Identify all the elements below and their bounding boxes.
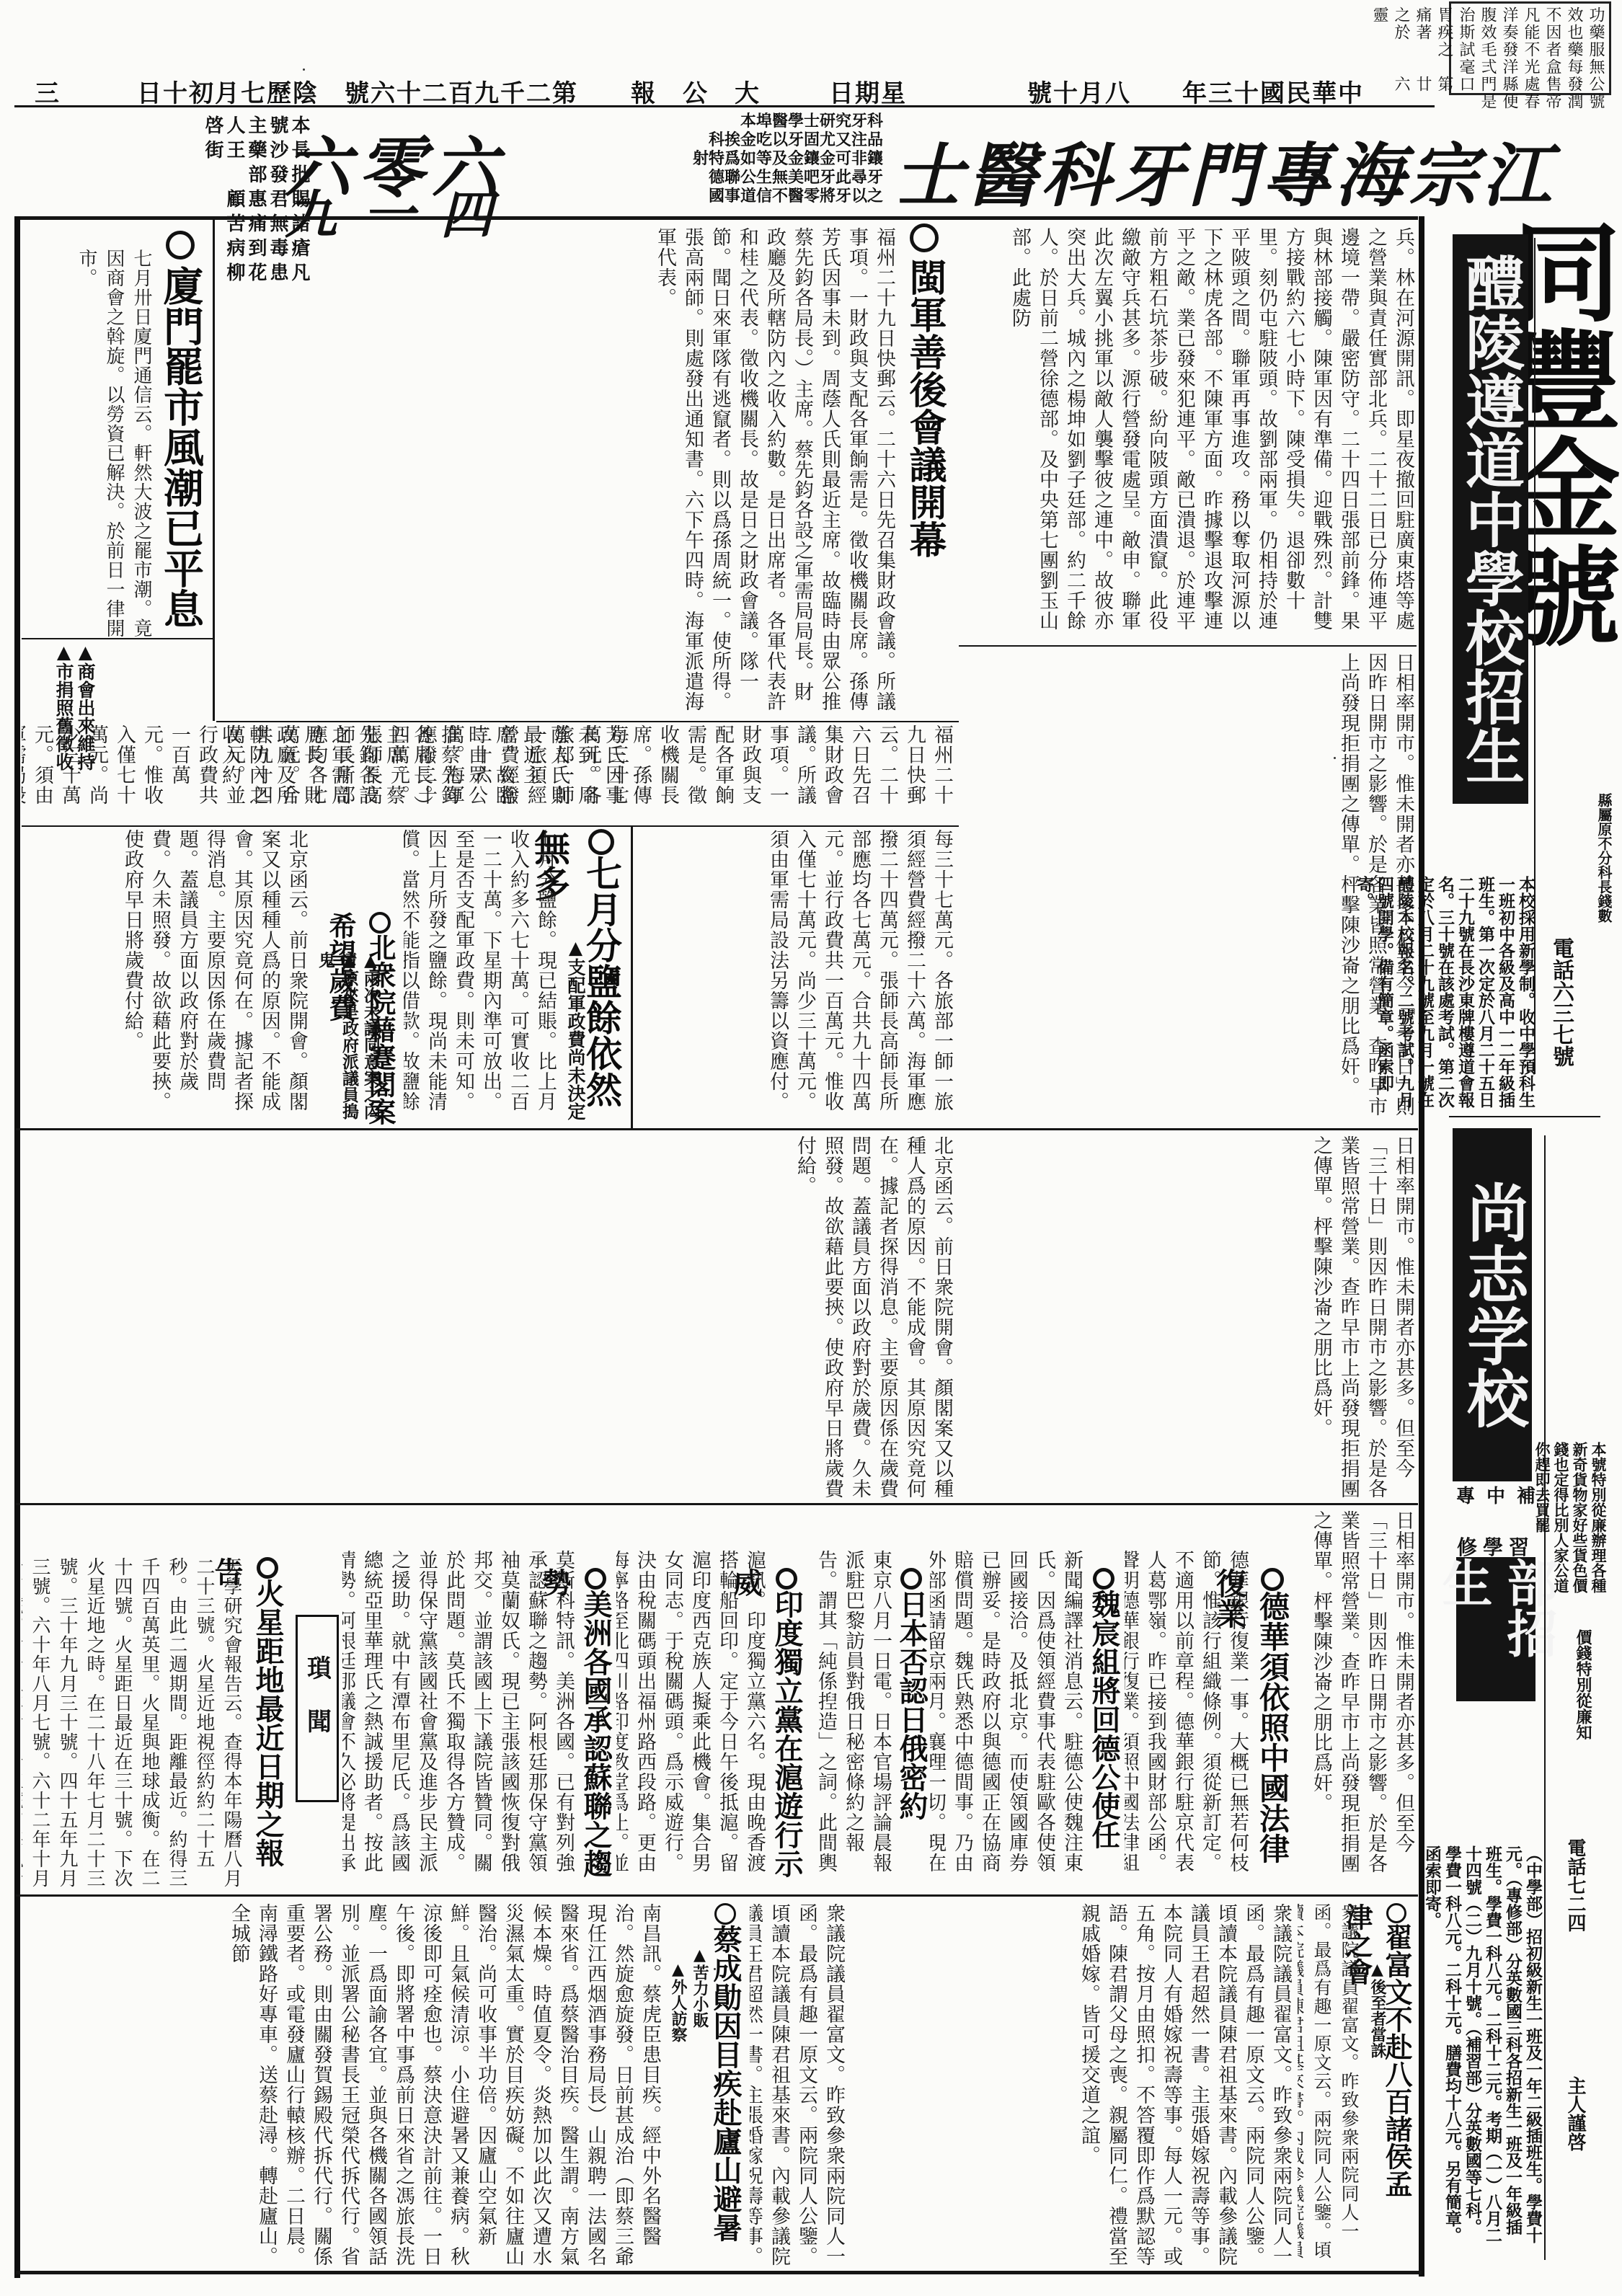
headline-circle-icon <box>910 223 939 252</box>
salt-body: 七月分鹽餘。現已結賬。比上月收入約多六七十萬。可實收二百一二十萬。下星期內準可放… <box>404 829 559 1125</box>
headline-circle-icon <box>1093 1568 1114 1590</box>
school2-frame <box>1544 1135 1546 2260</box>
dentist-line: 本埠醫學士研究牙科 <box>461 112 883 131</box>
pharmacy-notice: 本號主人啓 長沙藥王街 批發部 賜君惠顧 諸無痛苦 瘡毒到病 凡患花柳 <box>50 115 310 209</box>
pharmacy-line: 批發部 <box>50 164 310 183</box>
zhai-body-b: 衆議院議員翟富文。昨致參衆兩院同人一函。最爲有趣一原文云。兩院同人公鑒。頃讀本院… <box>851 1903 1294 2267</box>
zhai-body-c: 衆議院議員翟富文。昨致參衆兩院同人一函。最爲有趣一原文云。兩院同人公鑒。頃讀本院… <box>750 1903 847 2267</box>
headline-circle-icon <box>1261 1568 1284 1591</box>
corner-line: 公發售處縣門口第廿六 <box>1454 76 1606 92</box>
school2-name: 尚志学校 <box>1453 1181 1532 1429</box>
side-ad-text: 本號特別從廉辦理各種新奇貨物家好些貨色價錢也定得比別人家公道你趕即去買罷 <box>1550 1442 1608 1608</box>
house-sub-2: ▲原來是政府派議員搗鬼 <box>314 952 361 1125</box>
print-speck <box>303 68 305 71</box>
print-speck <box>714 1968 716 1970</box>
corner-line: 藥也 因能奏效斯疾著於 <box>1454 24 1606 40</box>
america-headline: 美洲各國承認蘇聯之趨勢 <box>580 1568 616 1878</box>
right-column-border <box>1419 216 1424 2277</box>
school1-phone: 電話六三七號 <box>1550 937 1572 1103</box>
print-speck <box>937 166 939 168</box>
salt-sub: ▲支配軍政費尚未決定 <box>562 937 588 1125</box>
headline-circle-icon <box>776 1568 797 1590</box>
school1-name: 醴陵遵道中學校招生 <box>1455 253 1527 785</box>
pharmacy-line: 長沙藥王街 <box>50 140 310 159</box>
dentist-line: 科挨金吃以牙固尤又注品 <box>461 131 883 150</box>
fujian-intro: 兵。林在河源開訊。即星夜撤回駐廣東塔等處之營業與責任實部北兵。二十二日已分佈連平… <box>959 227 1417 642</box>
school2-name-block: 尚志学校 <box>1453 1128 1532 1481</box>
corner-notice: 功效不凡洋腹治胃痛之靈 藥也 因能奏效斯疾著於 服藥者不發毛試之 無每盒光洋弍毫… <box>1449 1 1611 95</box>
row1-rule-right <box>959 645 1417 647</box>
zhai-sub: ▲後至者當誅 <box>1366 1961 1388 2105</box>
dentist-line: 德聯公生無美吧牙此尋牙 <box>461 169 883 187</box>
misc-news-label: 瑣聞 <box>300 1655 335 1762</box>
issue-number: 第二千九百二十六號 <box>345 74 578 109</box>
wei-body: 新聞編譯社消息云。駐德公使魏注東氏。因爲使領經費事代表駐歐各使領回國接洽。及抵北… <box>930 1550 1085 1889</box>
america-body: 莫斯科特訊。美洲各國。已有對列強承認蘇聯之趨勢。阿根廷那保守黨領袖莫蘭奴氏。現已… <box>342 1550 577 1889</box>
date: 八月十號 <box>1027 74 1131 109</box>
dentist-body: 本埠醫學士研究牙科 科挨金吃以牙固尤又注品 射特爲如等及金鑲金可非鑲 德聯公生無… <box>461 112 883 206</box>
misc-news-box: 瑣聞 <box>296 1615 339 1802</box>
fujian-body: 福州二十九日快郵云。二十六日先召集財政會議。所議事項。一財政與支配各軍餉需是。徵… <box>216 227 898 717</box>
school2-recruit-block: 部招生 <box>1456 1557 1535 1701</box>
school1-small-note: 縣屬原不分科長錢數 <box>1593 793 1615 980</box>
german-body: 德華銀行復業一事。大概已無若何枝節。惟該行組織條例。須從新訂定。不適用以前章程。… <box>1125 1550 1251 1889</box>
lunar-date: 陰歷七月初十日 <box>137 74 319 109</box>
paper-name: 大公報 <box>631 74 786 109</box>
left-border <box>14 216 20 2278</box>
zhai-headline: 翟富文不赴八百諸侯孟津之會 <box>1384 1903 1417 2213</box>
headline-circle-icon <box>166 231 195 260</box>
school2-recruit: 部招生 <box>1431 1557 1561 1701</box>
salt-headline: 七月分鹽餘依然無多 <box>584 829 627 1132</box>
corner-line: 號潤帝春便是 <box>1454 93 1606 109</box>
house-body: 北京函云。前日衆院開會。顏閣案又以種種人爲的原因。不能成會。其原因究竟何在。據記… <box>22 829 310 1125</box>
amoy-sub-rule <box>22 638 213 639</box>
amoy-body-mid: 每三十七萬元。各旅部一師一旅須經營費經撥二十六萬。海軍應撥二十四萬元。張師長高師… <box>634 829 955 1125</box>
german-lead: 日相率開市。惟未開者亦甚多。但至今「三十日」則因昨日開市之影響。於是各業皆照常營… <box>1298 1510 1417 1889</box>
cai-sub-1: ▲苦力小販 <box>688 1946 711 2091</box>
page-number: 三 <box>35 74 61 109</box>
fujian-headline: 閩軍善後會議開幕 <box>901 223 952 728</box>
row1-rule-mid <box>216 721 959 722</box>
row3-body-a: 日相率開市。惟未開者亦甚多。但至今「三十日」則因昨日開市之影響。於是各業皆照常營… <box>959 1135 1417 1499</box>
city-strike-body: 日相率開市。惟未開者亦甚多。但至今「三十日」則因昨日開市之影響。於是各業皆照常營… <box>959 652 1417 1125</box>
japan-headline: 日本否認日俄密約 <box>898 1568 932 1842</box>
amoy-divider <box>213 220 215 721</box>
masthead-rule <box>14 105 1435 107</box>
japan-body: 東京八月一日電。日本官場評論晨報派駐巴黎訪員對俄日秘密條約之報告。謂其「純係揑造… <box>811 1550 894 1889</box>
headline-circle-icon <box>585 1568 606 1590</box>
pharmacy-line: 賜君惠顧 <box>50 189 310 208</box>
german-headline: 德華須依照中國法律復業 <box>1254 1568 1294 1892</box>
dentist-name: 江宗海專門牙科醫士 <box>894 121 1556 220</box>
corner-line: 無每盒光洋弍毫 <box>1454 58 1606 74</box>
amoy-headline: 廈門罷市風潮已平息 <box>159 231 209 634</box>
fujian-continuation: 福州二十九日快郵云。二十六日先召集財政會議。所議事項。一財政與支配各軍餉需是。徵… <box>216 724 955 822</box>
cai-headline: 蔡成勛因目疾赴廬山避暑 <box>710 1903 746 2264</box>
headline-circle-icon <box>369 912 391 934</box>
school2-phone: 電話七二四 <box>1564 1838 1586 2004</box>
salt-top-rule <box>22 825 959 827</box>
school2-owner: 主人謹啓 <box>1564 2076 1586 2177</box>
mars-body: 天學研究會報告云。查得本年陽曆八月二十三號。火星近地視徑約約二十五秒。由此二週期… <box>22 1557 245 1892</box>
print-speck <box>1334 757 1336 759</box>
salt-divider <box>631 825 633 1128</box>
india-body: 滬訊。印度獨立黨六名。現由晚香渡搭輪船回印。定于今日午後抵滬。留滬印度西克族人擬… <box>616 1550 768 1889</box>
school1-name-block: 醴陵遵道中學校招生 <box>1453 234 1528 804</box>
row3-rule <box>16 1503 1418 1505</box>
weekday: 星期日 <box>829 74 907 109</box>
cai-body: 南昌訊。蔡虎臣患目疾。經中外名醫醫治。然旋愈旋發。日前甚成治（即蔡三爺現任江西烟… <box>22 1903 663 2267</box>
school2-notice: （中學部）招初級新生一班及一年二級插班生。學費十元。（專修部）分英數國三科各招新… <box>1449 1845 1543 2249</box>
school1-notice: 本校採用新學制。收中學預科生一班初中各級及高中一二年級插班生。第一次定於八月二十… <box>1442 876 1535 1114</box>
school2-tag: 中 <box>1486 1481 1505 1508</box>
india-headline: 印度獨立黨在滬遊行示威 <box>771 1568 807 1878</box>
corner-line: 功效不凡洋腹治胃痛之靈 <box>1454 6 1606 22</box>
wei-headline: 魏宸組將回德公使任 <box>1089 1568 1125 1892</box>
section-rule-top <box>16 216 1418 220</box>
school2-tag: 專 <box>1456 1481 1475 1508</box>
headline-circle-icon <box>588 829 614 855</box>
corner-line: 服藥者不發毛試之 <box>1454 41 1606 57</box>
headline-circle-icon <box>257 1557 278 1579</box>
school2-tags: 補 中 專 <box>1456 1481 1535 1508</box>
side-ad-note: 價錢特別從廉知 <box>1572 1629 1593 1788</box>
row3-body-b: 北京函云。前日衆院開會。顏閣案又以種種人爲的原因。不能成會。其原因究竟何在。據記… <box>22 1135 955 1499</box>
headline-circle-icon <box>714 1903 736 1925</box>
mars-headline: 火星距地最近日期之報告 <box>249 1557 288 1889</box>
dentist-line: 射特爲如等及金鑲金可非鑲 <box>461 150 883 169</box>
amoy-dateline: 七月卅日廈門通信云。軒然大波之罷市潮。竟因商會之斡旋。以勞資已解決。於前日一律開… <box>29 249 155 638</box>
cai-sub-2: ▲外人訪察 <box>667 1961 689 2105</box>
row4-rule <box>16 1894 1418 1897</box>
school-divider <box>1449 1116 1600 1117</box>
headline-circle-icon <box>900 1568 922 1590</box>
section-rule-bottom <box>16 2271 1422 2274</box>
row2-rule <box>16 1128 1418 1130</box>
dentist-line: 國事道信不醫零將牙以之 <box>461 187 883 206</box>
school2-dept: 習學修 <box>1456 1532 1535 1561</box>
year: 中華民國十三年 <box>1182 74 1364 109</box>
zhai-body-a: 衆議院議員翟富文。昨致參衆兩院同人一函。最爲有趣一原文云。兩院同人公鑒。頃讀本院… <box>1298 1903 1362 2267</box>
pharmacy-line: 本號主人啓 <box>50 115 310 134</box>
headline-circle-icon <box>1386 1903 1406 1923</box>
